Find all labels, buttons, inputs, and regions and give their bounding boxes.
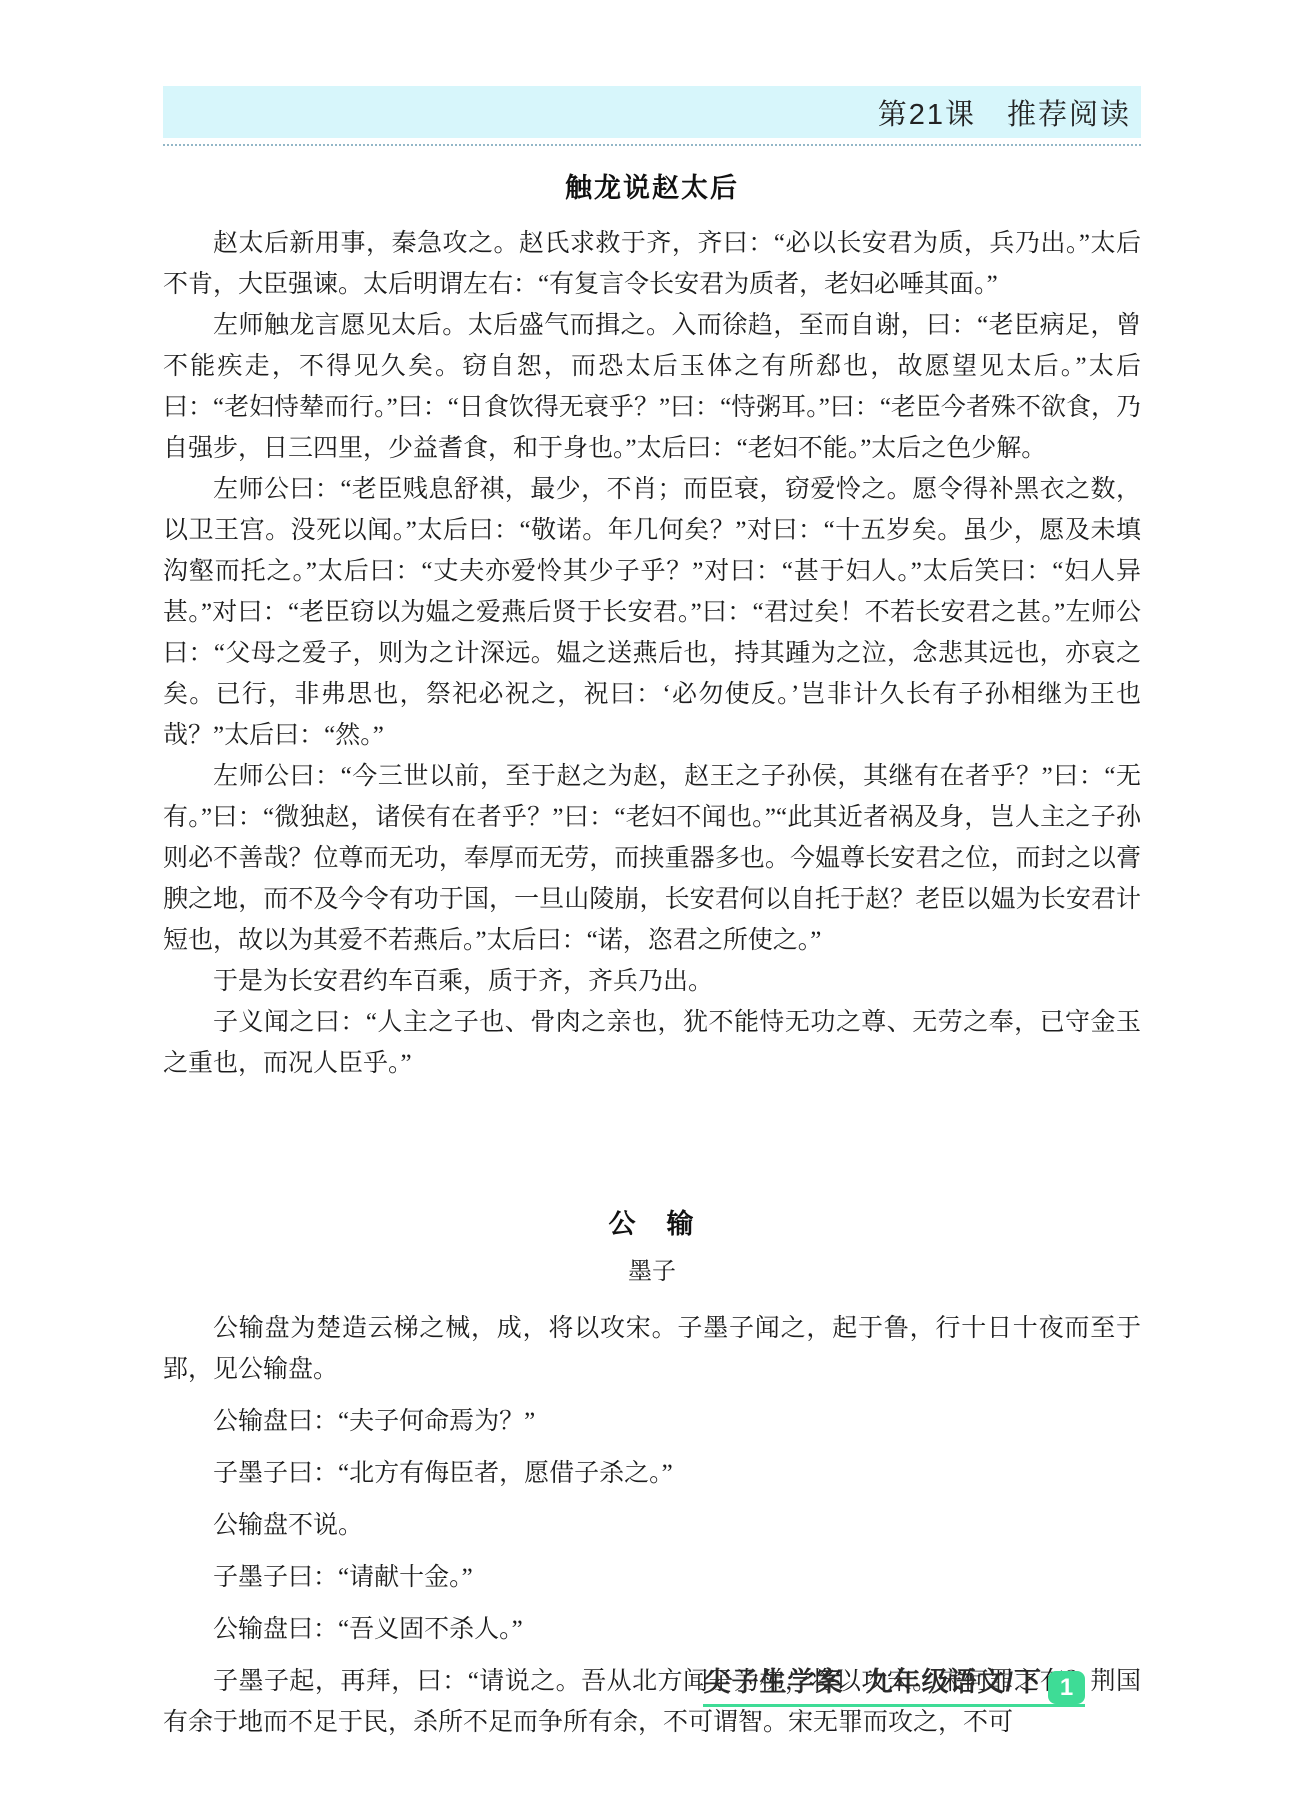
paragraph: 左师公曰：“老臣贱息舒祺，最少，不肖；而臣衰，窃爱怜之。愿令得补黑衣之数，以卫王… — [163, 469, 1141, 756]
paragraph: 公输盘不说。 — [163, 1505, 1141, 1546]
author-name: 墨子 — [163, 1251, 1141, 1286]
paragraph: 于是为长安君约车百乘，质于齐，齐兵乃出。 — [163, 961, 1141, 1002]
paragraph: 子墨子曰：“请献十金。” — [163, 1557, 1141, 1598]
section-chulong-shuo-zhao-taihou: 触龙说赵太后 赵太后新用事，秦急攻之。赵氏求救于齐，齐曰：“必以长安君为质，兵乃… — [163, 166, 1141, 1084]
paragraph: 子义闻之曰：“人主之子也、骨肉之亲也，犹不能恃无功之尊、无劳之奉，已守金玉之重也… — [163, 1002, 1141, 1084]
page-footer: 尖子生学案 九年级语文/下 1 — [703, 1660, 1085, 1707]
lesson-title: 第21课 推荐阅读 — [878, 92, 1131, 133]
paragraph: 公输盘曰：“吾义固不杀人。” — [163, 1609, 1141, 1650]
paragraph: 子墨子曰：“北方有侮臣者，愿借子杀之。” — [163, 1453, 1141, 1494]
paragraph: 左师公曰：“今三世以前，至于赵之为赵，赵王之子孙侯，其继有在者乎？”曰：“无有。… — [163, 756, 1141, 961]
paragraph: 左师触龙言愿见太后。太后盛气而揖之。入而徐趋，至而自谢，曰：“老臣病足，曾不能疾… — [163, 305, 1141, 469]
paragraph: 公输盘为楚造云梯之械，成，将以攻宋。子墨子闻之，起于鲁，行十日十夜而至于郢，见公… — [163, 1308, 1141, 1390]
paragraph: 赵太后新用事，秦急攻之。赵氏求救于齐，齐曰：“必以长安君为质，兵乃出。”太后不肯… — [163, 223, 1141, 305]
paragraph: 公输盘曰：“夫子何命焉为？” — [163, 1401, 1141, 1442]
page-content: 第21课 推荐阅读 触龙说赵太后 赵太后新用事，秦急攻之。赵氏求救于齐，齐曰：“… — [163, 86, 1141, 1754]
volume-label: 九年级语文/下 — [865, 1660, 1042, 1699]
section-title: 触龙说赵太后 — [163, 166, 1141, 205]
textbook-page: 第21课 推荐阅读 触龙说赵太后 赵太后新用事，秦急攻之。赵氏求救于齐，齐曰：“… — [0, 0, 1306, 1800]
header-banner: 第21课 推荐阅读 — [163, 86, 1141, 138]
book-title: 尖子生学案 — [703, 1660, 843, 1699]
page-number-badge: 1 — [1048, 1671, 1085, 1704]
header-divider — [163, 144, 1141, 146]
section-title: 公 输 — [163, 1202, 1141, 1241]
